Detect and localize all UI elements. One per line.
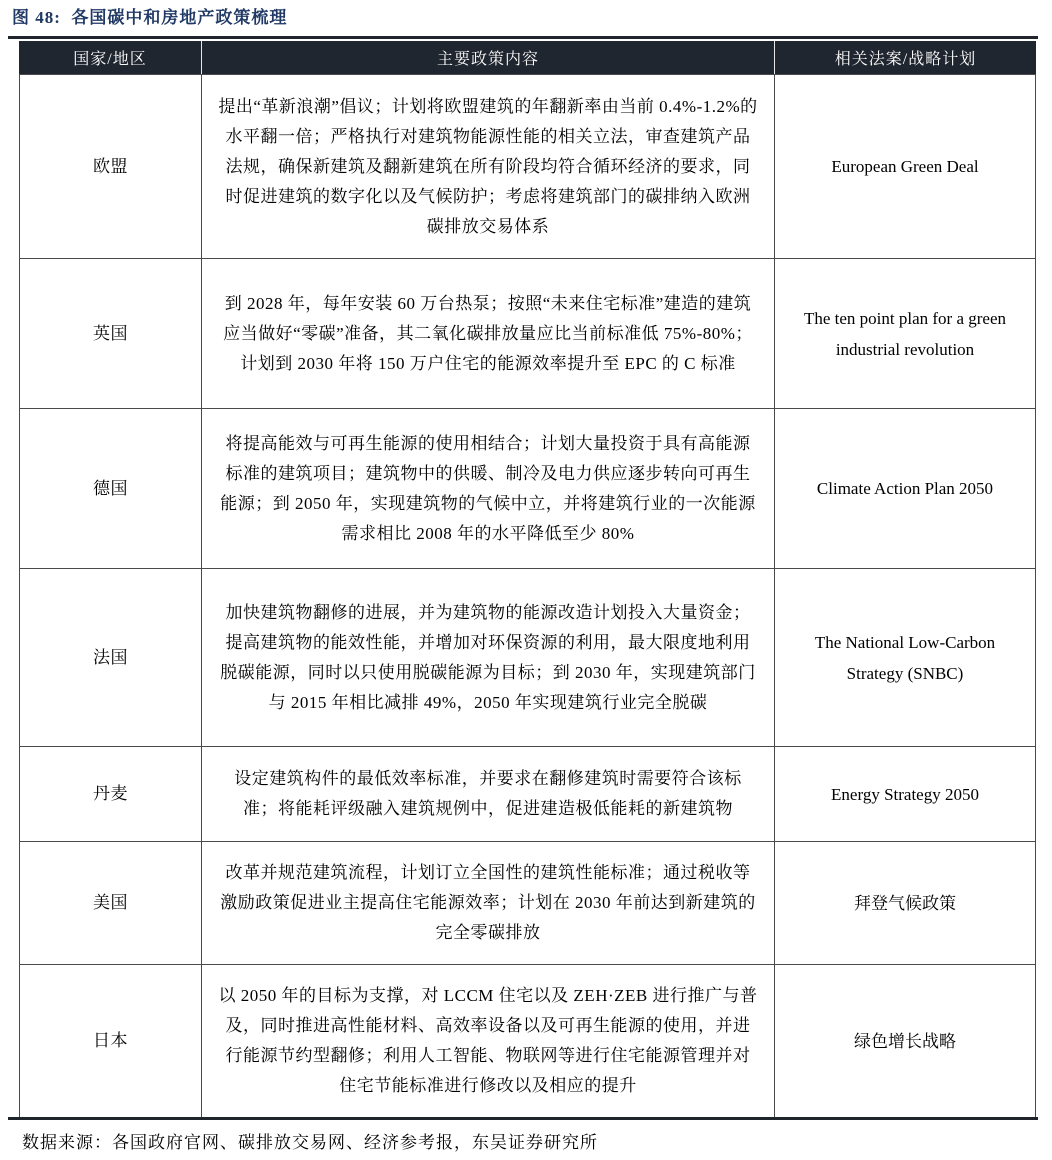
table-row-uk: 英国 到 2028 年，每年安装 60 万台热泵；按照“未来住宅标准”建造的建筑… [19, 259, 1036, 409]
column-header-policy: 主要政策内容 [202, 41, 775, 74]
table-bottom-rule [8, 1117, 1038, 1120]
policy-table: 国家/地区 主要政策内容 相关法案/战略计划 欧盟 提出“革新浪潮”倡议；计划将… [19, 41, 1036, 1117]
policy-cell: 提出“革新浪潮”倡议；计划将欧盟建筑的年翻新率由当前 0.4%-1.2%的水平翻… [202, 74, 775, 259]
region-cell: 丹麦 [19, 747, 202, 842]
table-row-germany: 德国 将提高能效与可再生能源的使用相结合；计划大量投资于具有高能源标准的建筑项目… [19, 409, 1036, 569]
table-header-row: 国家/地区 主要政策内容 相关法案/战略计划 [19, 41, 1036, 74]
region-cell: 法国 [19, 569, 202, 747]
column-header-plan: 相关法案/战略计划 [775, 41, 1036, 74]
region-cell: 美国 [19, 842, 202, 965]
policy-cell: 加快建筑物翻修的进展，并为建筑物的能源改造计划投入大量资金；提高建筑物的能效性能… [202, 569, 775, 747]
report-figure-page: 图 48: 各国碳中和房地产政策梳理 国家/地区 主要政策内容 相关法案/战略计… [0, 0, 1052, 1153]
table-row-denmark: 丹麦 设定建筑构件的最低效率标准，并要求在翻修建筑时需要符合该标准；将能耗评级融… [19, 747, 1036, 842]
region-cell: 德国 [19, 409, 202, 569]
plan-cell: Energy Strategy 2050 [775, 747, 1036, 842]
region-cell: 欧盟 [19, 74, 202, 259]
plan-cell: 绿色增长战略 [775, 965, 1036, 1117]
plan-cell: The National Low-Carbon Strategy (SNBC) [775, 569, 1036, 747]
plan-cell: The ten point plan for a green industria… [775, 259, 1036, 409]
plan-cell: Climate Action Plan 2050 [775, 409, 1036, 569]
region-cell: 英国 [19, 259, 202, 409]
column-header-region: 国家/地区 [19, 41, 202, 74]
table-row-japan: 日本 以 2050 年的目标为支撑，对 LCCM 住宅以及 ZEH·ZEB 进行… [19, 965, 1036, 1117]
figure-title: 图 48: 各国碳中和房地产政策梳理 [8, 6, 1042, 30]
table-row-usa: 美国 改革并规范建筑流程，计划订立全国性的建筑性能标准；通过税收等激励政策促进业… [19, 842, 1036, 965]
data-source-note: 数据来源：各国政府官网、碳排放交易网、经济参考报，东吴证券研究所 [8, 1128, 1042, 1153]
policy-cell: 改革并规范建筑流程，计划订立全国性的建筑性能标准；通过税收等激励政策促进业主提高… [202, 842, 775, 965]
policy-cell: 将提高能效与可再生能源的使用相结合；计划大量投资于具有高能源标准的建筑项目；建筑… [202, 409, 775, 569]
title-top-rule [8, 36, 1038, 39]
table-row-eu: 欧盟 提出“革新浪潮”倡议；计划将欧盟建筑的年翻新率由当前 0.4%-1.2%的… [19, 74, 1036, 259]
table-row-france: 法国 加快建筑物翻修的进展，并为建筑物的能源改造计划投入大量资金；提高建筑物的能… [19, 569, 1036, 747]
policy-cell: 到 2028 年，每年安装 60 万台热泵；按照“未来住宅标准”建造的建筑应当做… [202, 259, 775, 409]
policy-cell: 以 2050 年的目标为支撑，对 LCCM 住宅以及 ZEH·ZEB 进行推广与… [202, 965, 775, 1117]
policy-cell: 设定建筑构件的最低效率标准，并要求在翻修建筑时需要符合该标准；将能耗评级融入建筑… [202, 747, 775, 842]
plan-cell: 拜登气候政策 [775, 842, 1036, 965]
plan-cell: European Green Deal [775, 74, 1036, 259]
region-cell: 日本 [19, 965, 202, 1117]
